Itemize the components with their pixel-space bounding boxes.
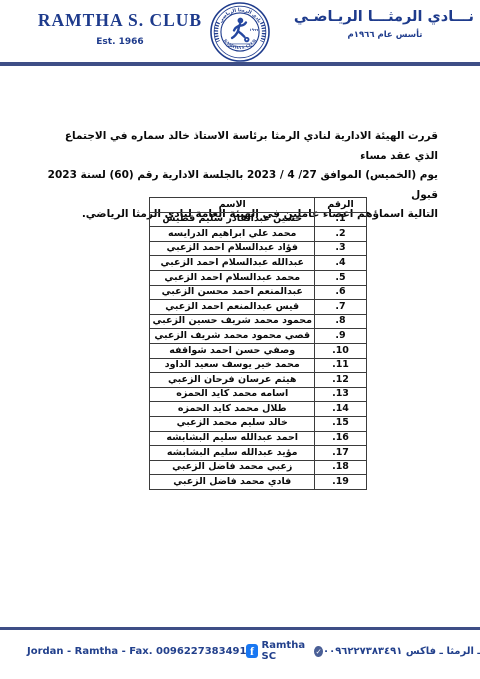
row-number-cell: 17. — [315, 446, 367, 461]
table-body: 1. حسين عبدالقادر سليم قطيش 2. محمد علي … — [150, 212, 367, 489]
row-name-cell: محمد عبدالسلام احمد الزعبي — [150, 270, 315, 285]
table-row: 11. محمد خير يوسف سعيد الداود — [150, 358, 367, 373]
table-header-row: الرقم الاسم — [150, 198, 367, 213]
club-name-arabic: نـــادي الرمثـــا الريـاضـي — [296, 9, 474, 25]
row-name-cell: محمد خير يوسف سعيد الداود — [150, 358, 315, 373]
row-number-cell: 13. — [315, 387, 367, 402]
row-number-cell: 7. — [315, 300, 367, 315]
row-number-cell: 6. — [315, 285, 367, 300]
row-name-cell: قصي محمود محمد شريف الزعبي — [150, 329, 315, 344]
row-name-cell: مؤيد عبدالله سليم البشابشه — [150, 446, 315, 461]
row-number-cell: 12. — [315, 373, 367, 388]
footer-address-arabic: الأردن ـ الرمثا ـ فاكس ٠٠٩٦٢٢٧٣٨٣٤٩١ — [323, 646, 480, 657]
table-row: 16. احمد عبدالله سليم البشابشه — [150, 431, 367, 446]
table-row: 8. محمود محمد شريف حسين الزعبي — [150, 314, 367, 329]
row-name-cell: حسين عبدالقادر سليم قطيش — [150, 212, 315, 227]
row-name-cell: محمود محمد شريف حسين الزعبي — [150, 314, 315, 329]
footer-facebook: f Ramtha SC ✓ — [246, 640, 323, 662]
row-name-cell: محمد علي ابراهيم الدرايسه — [150, 227, 315, 242]
table-row: 1. حسين عبدالقادر سليم قطيش — [150, 212, 367, 227]
row-number-cell: 14. — [315, 402, 367, 417]
footer-divider — [0, 627, 480, 630]
table-row: 13. اسامه محمد كايد الحمزه — [150, 387, 367, 402]
table-row: 10. وصفي حسن احمد شواقفه — [150, 343, 367, 358]
header-right-block: نـــادي الرمثـــا الريـاضـي تأسس عام ١٩٦… — [296, 9, 474, 40]
table-row: 19. فادي محمد فاضل الزعبي — [150, 475, 367, 490]
table-row: 6. عبدالمنعم احمد محسن الزعبي — [150, 285, 367, 300]
row-name-cell: طلال محمد كايد الحمزه — [150, 402, 315, 417]
established-year-english: Est. 1966 — [36, 37, 204, 47]
row-number-cell: 18. — [315, 460, 367, 475]
club-name-english: RAMTHA S. CLUB — [36, 10, 204, 31]
table-row: 4. عبدالله عبدالسلام احمد الزعبي — [150, 256, 367, 271]
established-year-arabic: تأسس عام ١٩٦٦م — [296, 30, 474, 40]
table-row: 12. هيثم عرسان فرحان الزعبي — [150, 373, 367, 388]
row-name-cell: وصفي حسن احمد شواقفه — [150, 343, 315, 358]
row-number-cell: 11. — [315, 358, 367, 373]
footer: Jordan - Ramtha - Fax. 0096227383491 f R… — [0, 637, 480, 665]
table-row: 17. مؤيد عبدالله سليم البشابشه — [150, 446, 367, 461]
header-divider — [0, 62, 480, 66]
column-header-number: الرقم — [315, 198, 367, 213]
document-page: RAMTHA S. CLUB Est. 1966 نادي الرمثا الر… — [0, 0, 480, 679]
row-number-cell: 1. — [315, 212, 367, 227]
row-name-cell: قيس عبدالمنعم احمد الزعبي — [150, 300, 315, 315]
table-row: 18. زعبي محمد فاضل الزعبي — [150, 460, 367, 475]
table-row: 3. فؤاد عبدالسلام احمد الزعبي — [150, 241, 367, 256]
row-number-cell: 8. — [315, 314, 367, 329]
row-number-cell: 16. — [315, 431, 367, 446]
members-table: الرقم الاسم 1. حسين عبدالقادر سليم قطيش … — [149, 197, 367, 490]
verified-badge-icon: ✓ — [314, 646, 323, 657]
row-name-cell: زعبي محمد فاضل الزعبي — [150, 460, 315, 475]
table-row: 2. محمد علي ابراهيم الدرايسه — [150, 227, 367, 242]
table-row: 7. قيس عبدالمنعم احمد الزعبي — [150, 300, 367, 315]
row-name-cell: خالد سليم محمد الزعبي — [150, 416, 315, 431]
facebook-icon: f — [246, 644, 257, 658]
row-name-cell: عبدالمنعم احمد محسن الزعبي — [150, 285, 315, 300]
footer-address-english: Jordan - Ramtha - Fax. 0096227383491 — [27, 646, 246, 657]
club-logo: نادي الرمثا الرياضي RAMTHA S. CLUB ١٩٦٦ — [208, 1, 272, 63]
table-row: 14. طلال محمد كايد الحمزه — [150, 402, 367, 417]
row-name-cell: احمد عبدالله سليم البشابشه — [150, 431, 315, 446]
row-number-cell: 10. — [315, 343, 367, 358]
row-number-cell: 5. — [315, 270, 367, 285]
table-row: 5. محمد عبدالسلام احمد الزعبي — [150, 270, 367, 285]
logo-year-text: ١٩٦٦ — [250, 28, 260, 32]
row-number-cell: 4. — [315, 256, 367, 271]
row-name-cell: اسامه محمد كايد الحمزه — [150, 387, 315, 402]
row-name-cell: عبدالله عبدالسلام احمد الزعبي — [150, 256, 315, 271]
row-number-cell: 19. — [315, 475, 367, 490]
table-row: 9. قصي محمود محمد شريف الزعبي — [150, 329, 367, 344]
row-number-cell: 3. — [315, 241, 367, 256]
facebook-page-name: Ramtha SC — [262, 640, 311, 662]
row-name-cell: فادي محمد فاضل الزعبي — [150, 475, 315, 490]
row-name-cell: فؤاد عبدالسلام احمد الزعبي — [150, 241, 315, 256]
table-row: 15. خالد سليم محمد الزعبي — [150, 416, 367, 431]
members-table-header: الرقم الاسم — [150, 198, 367, 213]
row-name-cell: هيثم عرسان فرحان الزعبي — [150, 373, 315, 388]
row-number-cell: 15. — [315, 416, 367, 431]
soccer-player-icon: نادي الرمثا الرياضي RAMTHA S. CLUB ١٩٦٦ — [208, 1, 272, 63]
column-header-name: الاسم — [150, 198, 315, 213]
row-number-cell: 9. — [315, 329, 367, 344]
row-number-cell: 2. — [315, 227, 367, 242]
header-left-block: RAMTHA S. CLUB Est. 1966 — [36, 10, 204, 47]
